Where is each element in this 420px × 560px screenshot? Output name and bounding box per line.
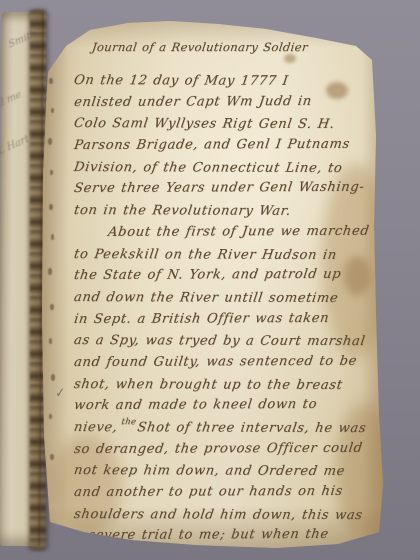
manuscript-title: Journal of a Revolutionary Soldier [90,36,383,58]
manuscript-line: a severe trial to me; but when the [73,524,384,547]
manuscript-line: so deranged, the provose Officer could [73,437,384,460]
manuscript-line: and found Guilty, was sentenced to be [73,351,384,374]
manuscript-line: enlisted under Capt Wm Judd in [73,90,384,113]
manuscript-line: About the first of June we marched [73,220,384,243]
facing-page-text-fragment: il me [0,89,23,110]
manuscript-line: to Peekskill on the River Hudson in [72,244,383,267]
manuscript-line: work and made to kneel down to [73,394,384,417]
ink-speck [49,78,53,84]
inserted-word-above-line: the [120,412,138,434]
manuscript-line: and down the River untill sometime [72,287,383,310]
manuscript-line: in Sept. a British Offier was taken [73,307,384,330]
manuscript-line: On the 12 day of May 1777 I [72,70,383,93]
ink-speck [50,454,54,460]
manuscript-line: Parsons Brigade, and Genl I Putnams [73,134,384,157]
manuscript-line-text: nieve, [73,420,119,435]
ink-speck [49,338,52,344]
manuscript-line: Serve three Years under Genl Washing- [73,177,384,200]
manuscript-page: ✓ Journal of a Revolutionary Soldier On … [38,16,386,548]
ink-speck [48,268,52,275]
ink-speck [51,234,54,240]
manuscript-line: not keep him down, and Ordered me [72,460,383,483]
manuscript-text: Journal of a Revolutionary Soldier On th… [74,36,382,547]
ink-speck [51,108,54,113]
manuscript-line-text: Shot of three intervals, he was [136,420,367,436]
manuscript-line: ton in the Revolutionary War. [72,200,383,223]
ink-speck [49,204,53,210]
margin-check-mark: ✓ [54,385,66,401]
manuscript-line: as a Spy, was tryed by a Court marshal [72,330,383,353]
ink-speck [49,414,52,419]
manuscript-line: the State of N. York, and patrold up [73,264,384,287]
facing-page-text-fragment: L Hart [0,134,31,158]
manuscript-line: Colo Saml Wyllyses Rigt Genl S. H. [72,113,383,136]
ink-speck [50,304,54,310]
ink-speck [51,374,55,381]
ink-speck [50,170,53,175]
photograph-of-manuscript: Smith il me L Hart ✓ Journal of a Revolu… [0,0,420,560]
ink-speck [48,138,52,145]
manuscript-line-with-insertion: nieve,theShot of three intervals, he was [72,417,383,440]
manuscript-line: and another to put our hands on his [73,481,384,504]
